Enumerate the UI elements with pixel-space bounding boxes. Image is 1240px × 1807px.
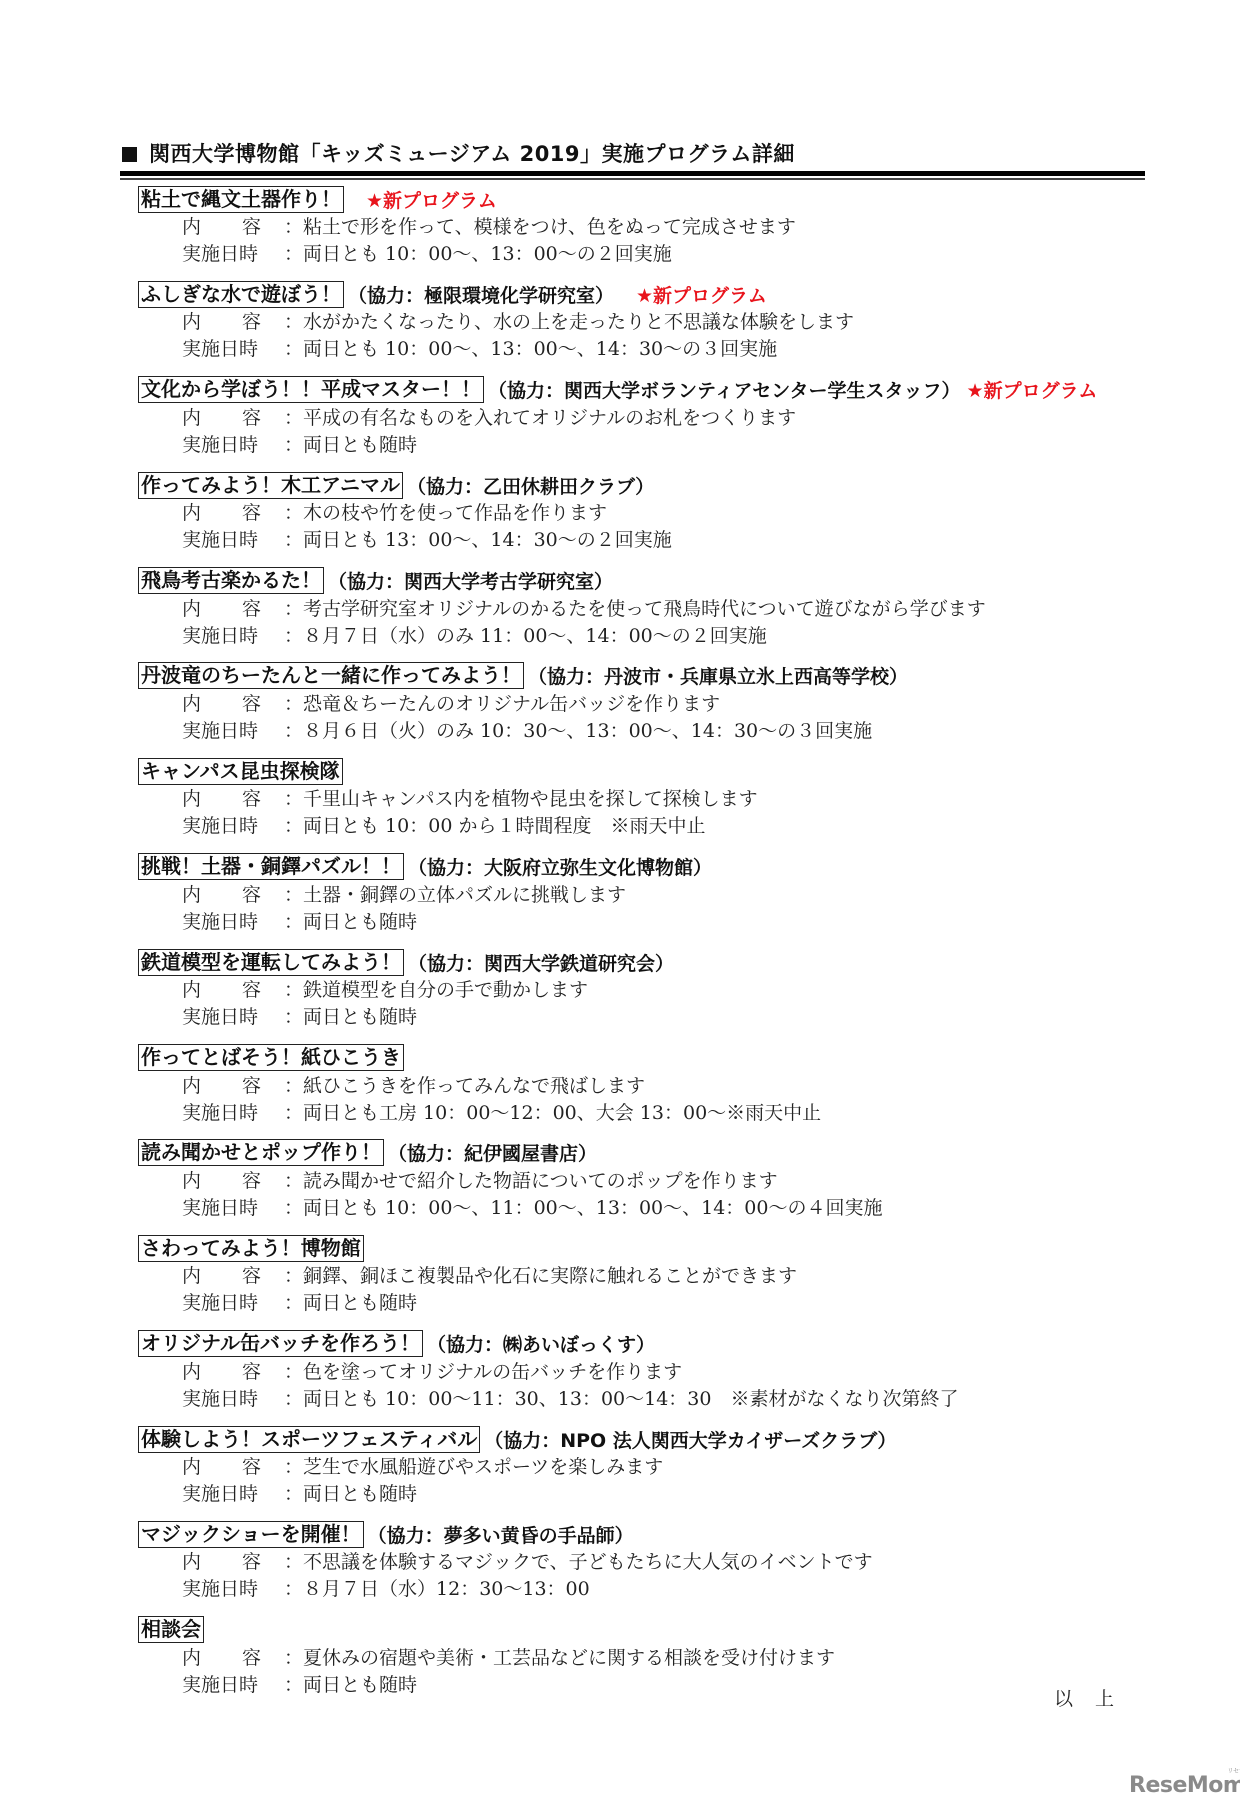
program-name: 作ってみよう！木工アニマル [138, 472, 403, 499]
program-content: 内容：千里山キャンパス内を植物や昆虫を探して探検します [182, 786, 1138, 813]
program-item: 粘土で縄文土器作り！★新プログラム内容：粘土で形を作って、模様をつけ、色をぬって… [138, 184, 1138, 279]
program-cooperator: （協力：乙田休耕田クラブ） [407, 472, 654, 499]
program-content: 内容：木の枝や竹を使って作品を作ります [182, 500, 1138, 527]
program-cooperator: （協力：関西大学考古学研究室） [328, 567, 613, 594]
program-item: 丹波竜のちーたんと一緒に作ってみよう！（協力：丹波市・兵庫県立氷上西高等学校）内… [138, 661, 1138, 756]
program-cooperator: （協力：丹波市・兵庫県立氷上西高等学校） [528, 662, 908, 689]
program-item: 挑戦！土器・銅鐸パズル！！（協力：大阪府立弥生文化博物館）内容：土器・銅鐸の立体… [138, 852, 1138, 947]
program-cooperator: （協力：夢多い黄昏の手品師） [368, 1521, 634, 1548]
program-item: 相談会内容：夏休みの宿題や美術・工芸品などに関する相談を受け付けます実施日時：両… [138, 1615, 1138, 1710]
program-schedule: 実施日時：両日とも 10：00 から１時間程度 ※雨天中止 [182, 813, 1138, 840]
program-name: さわってみよう！博物館 [138, 1235, 364, 1262]
program-item: 飛鳥考古楽かるた！（協力：関西大学考古学研究室）内容：考古学研究室オリジナルのか… [138, 566, 1138, 661]
program-content: 内容：粘土で形を作って、模様をつけ、色をぬって完成させます [182, 214, 1138, 241]
closing-text: 以上 [1054, 1684, 1136, 1711]
program-content: 内容：水がかたくなったり、水の上を走ったりと不思議な体験をします [182, 309, 1138, 336]
program-name: 粘土で縄文土器作り！ [138, 186, 344, 213]
program-item: マジックショーを開催！（協力：夢多い黄昏の手品師）内容：不思議を体験するマジック… [138, 1519, 1138, 1614]
program-name: ふしぎな水で遊ぼう！ [138, 281, 344, 308]
program-content: 内容：不思議を体験するマジックで、子どもたちに大人気のイベントです [182, 1549, 1138, 1576]
program-item: 作ってとばそう！紙ひこうき内容：紙ひこうきを作ってみんなで飛ばします実施日時：両… [138, 1043, 1138, 1138]
program-item: ふしぎな水で遊ぼう！（協力：極限環境化学研究室）★新プログラム内容：水がかたくな… [138, 279, 1138, 374]
program-cooperator: （協力：極限環境化学研究室） [348, 281, 614, 308]
square-bullet-icon [122, 147, 137, 162]
program-schedule: 実施日時：両日とも随時 [182, 1004, 1138, 1031]
program-name: 相談会 [138, 1616, 204, 1643]
program-name: 作ってとばそう！紙ひこうき [138, 1044, 404, 1071]
program-schedule: 実施日時：両日とも随時 [182, 1481, 1138, 1508]
new-program-badge: ★新プログラム [636, 281, 767, 308]
program-list: 粘土で縄文土器作り！★新プログラム内容：粘土で形を作って、模様をつけ、色をぬって… [138, 184, 1138, 1710]
program-content: 内容：紙ひこうきを作ってみんなで飛ばします [182, 1073, 1138, 1100]
resemom-watermark-logo: ReseMom.リセマム [1129, 1773, 1240, 1798]
program-schedule: 実施日時：両日とも 10：00～、13：00～、14：30～の３回実施 [182, 336, 1138, 363]
new-program-badge: ★新プログラム [967, 376, 1098, 403]
program-name: 挑戦！土器・銅鐸パズル！！ [138, 853, 404, 880]
program-cooperator: （協力：大阪府立弥生文化博物館） [408, 853, 712, 880]
program-cooperator: （協力：㈱あいぼっくす） [427, 1330, 655, 1357]
program-schedule: 実施日時：両日とも 10：00～、11：00～、13：00～、14：00～の４回… [182, 1195, 1138, 1222]
program-item: さわってみよう！博物館内容：銅鐸、銅ほこ複製品や化石に実際に触れることができます… [138, 1233, 1138, 1328]
program-schedule: 実施日時：両日とも 10：00～11：30、13：00～14：30 ※素材がなく… [182, 1386, 1138, 1413]
program-schedule: 実施日時：８月７日（水）12：30～13：00 [182, 1576, 1138, 1603]
program-item: オリジナル缶バッチを作ろう！（協力：㈱あいぼっくす）内容：色を塗ってオリジナルの… [138, 1329, 1138, 1424]
program-name: 鉄道模型を運転してみよう！ [138, 949, 404, 976]
program-name: マジックショーを開催！ [138, 1521, 364, 1548]
program-item: 鉄道模型を運転してみよう！（協力：関西大学鉄道研究会）内容：鉄道模型を自分の手で… [138, 947, 1138, 1042]
title-rule-thin [120, 178, 1145, 180]
program-name: キャンパス昆虫探検隊 [138, 758, 343, 785]
program-schedule: 実施日時：両日とも 10：00～、13：00～の２回実施 [182, 241, 1138, 268]
program-schedule: 実施日時：８月６日（火）のみ 10：30～、13：00～、14：30～の３回実施 [182, 718, 1138, 745]
program-content: 内容：夏休みの宿題や美術・工芸品などに関する相談を受け付けます [182, 1645, 1138, 1672]
title-text: 関西大学博物館「キッズミュージアム 2019」実施プログラム詳細 [149, 142, 795, 166]
new-program-badge: ★新プログラム [366, 186, 497, 213]
program-schedule: 実施日時：両日とも 13：00～、14：30～の２回実施 [182, 527, 1138, 554]
program-item: 作ってみよう！木工アニマル（協力：乙田休耕田クラブ）内容：木の枝や竹を使って作品… [138, 470, 1138, 565]
program-name: 飛鳥考古楽かるた！ [138, 567, 324, 594]
program-content: 内容：考古学研究室オリジナルのかるたを使って飛鳥時代について遊びながら学びます [182, 596, 1138, 623]
program-name: 読み聞かせとポップ作り！ [138, 1139, 384, 1166]
program-name: オリジナル缶バッチを作ろう！ [138, 1330, 423, 1357]
program-cooperator: （協力：関西大学鉄道研究会） [408, 949, 674, 976]
program-name: 丹波竜のちーたんと一緒に作ってみよう！ [138, 662, 524, 689]
program-cooperator: （協力：紀伊國屋書店） [388, 1139, 597, 1166]
program-schedule: 実施日時：両日とも工房 10：00～12：00、大会 13：00～※雨天中止 [182, 1100, 1138, 1127]
document-title: 関西大学博物館「キッズミュージアム 2019」実施プログラム詳細 [122, 138, 795, 168]
program-item: 体験しよう！スポーツフェスティバル（協力：NPO 法人関西大学カイザーズクラブ）… [138, 1424, 1138, 1519]
program-cooperator: （協力：NPO 法人関西大学カイザーズクラブ） [484, 1426, 896, 1453]
program-content: 内容：恐竜＆ちーたんのオリジナル缶バッジを作ります [182, 691, 1138, 718]
program-schedule: 実施日時：８月７日（水）のみ 11：00～、14：00～の２回実施 [182, 623, 1138, 650]
program-name: 文化から学ぼう！！平成マスター！！ [138, 376, 484, 403]
program-content: 内容：色を塗ってオリジナルの缶バッチを作ります [182, 1359, 1138, 1386]
program-name: 体験しよう！スポーツフェスティバル [138, 1426, 480, 1453]
program-item: 読み聞かせとポップ作り！（協力：紀伊國屋書店）内容：読み聞かせで紹介した物語につ… [138, 1138, 1138, 1233]
program-content: 内容：読み聞かせで紹介した物語についてのポップを作ります [182, 1168, 1138, 1195]
program-content: 内容：平成の有名なものを入れてオリジナルのお札をつくります [182, 405, 1138, 432]
program-cooperator: （協力：関西大学ボランティアセンター学生スタッフ） [488, 376, 961, 403]
program-item: キャンパス昆虫探検隊内容：千里山キャンパス内を植物や昆虫を探して探検します実施日… [138, 756, 1138, 851]
program-content: 内容：鉄道模型を自分の手で動かします [182, 977, 1138, 1004]
program-schedule: 実施日時：両日とも随時 [182, 1290, 1138, 1317]
program-content: 内容：芝生で水風船遊びやスポーツを楽しみます [182, 1454, 1138, 1481]
program-schedule: 実施日時：両日とも随時 [182, 1672, 1138, 1699]
program-item: 文化から学ぼう！！平成マスター！！（協力：関西大学ボランティアセンター学生スタッ… [138, 375, 1138, 470]
program-content: 内容：土器・銅鐸の立体パズルに挑戦します [182, 882, 1138, 909]
title-rule-thick [120, 171, 1145, 176]
program-schedule: 実施日時：両日とも随時 [182, 432, 1138, 459]
program-content: 内容：銅鐸、銅ほこ複製品や化石に実際に触れることができます [182, 1263, 1138, 1290]
program-schedule: 実施日時：両日とも随時 [182, 909, 1138, 936]
